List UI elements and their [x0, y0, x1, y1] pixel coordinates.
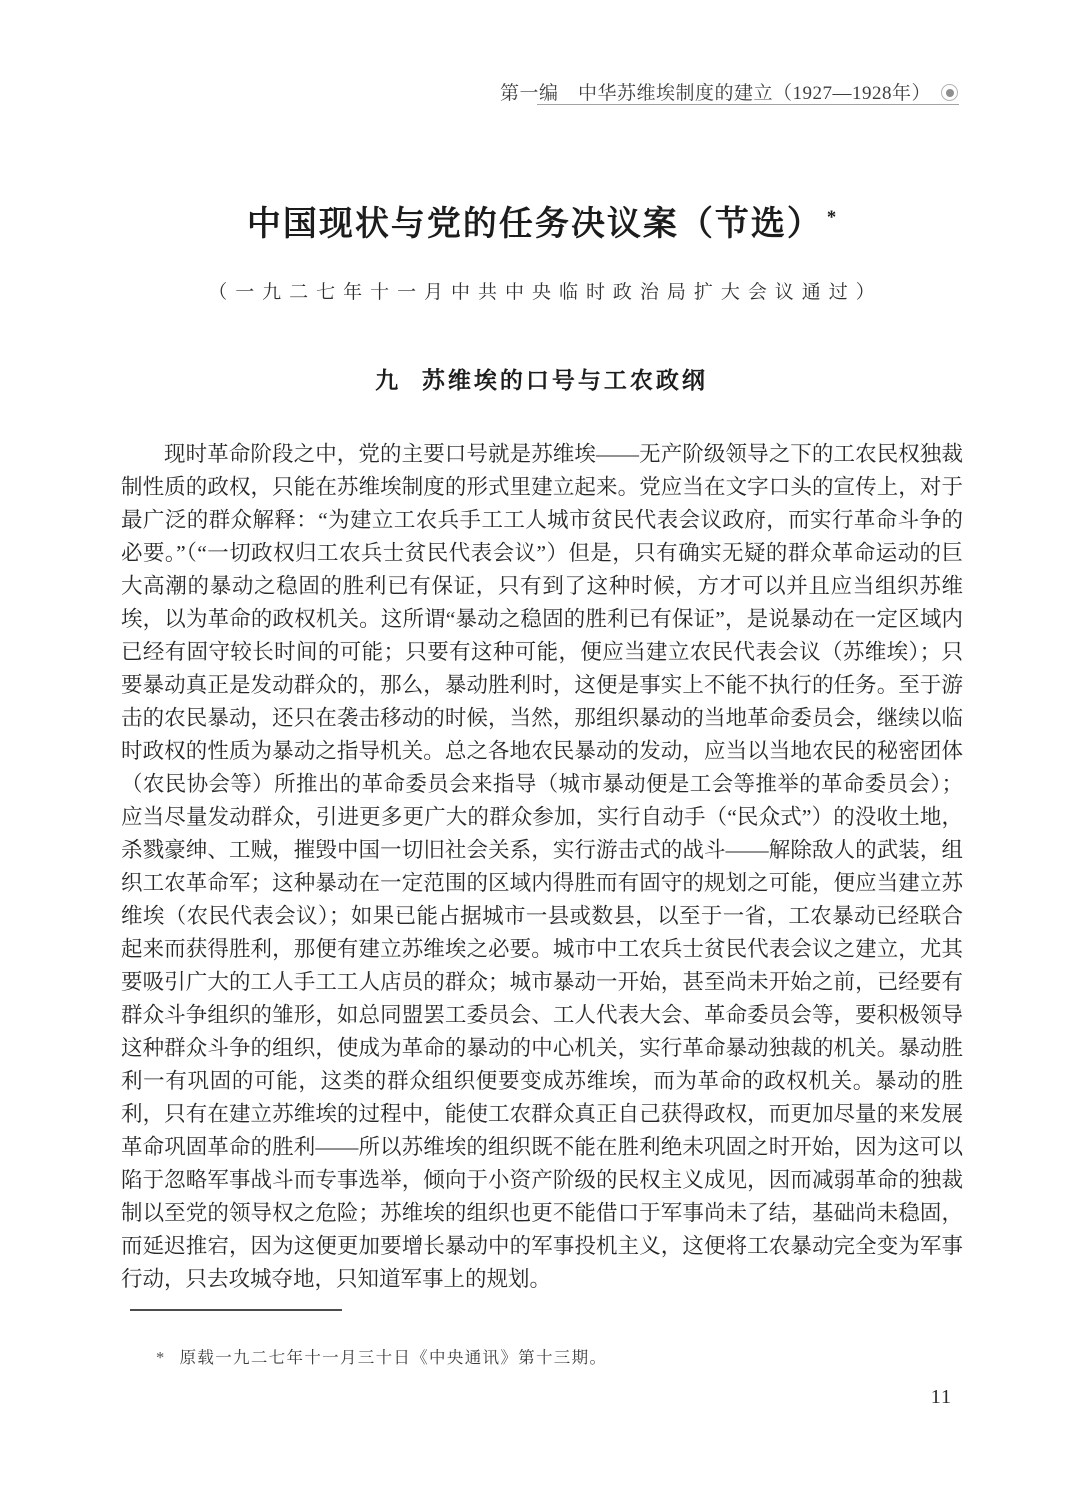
article-subtitle: （一九二七年十一月中共中央临时政治局扩大会议通过）	[0, 277, 1083, 304]
target-circle-dot	[946, 89, 954, 97]
article-title: 中国现状与党的任务决议案（节选）*	[0, 196, 1083, 245]
footnote-text: 原载一九二七年十一月三十日《中央通讯》第十三期。	[180, 1348, 608, 1367]
article-title-text: 中国现状与党的任务决议案（节选）	[247, 206, 823, 243]
running-head: 第一编 中华苏维埃制度的建立（1927—1928年）	[500, 78, 931, 105]
title-footnote-marker: *	[827, 207, 836, 228]
footnote: *原载一九二七年十一月三十日《中央通讯》第十三期。	[156, 1344, 956, 1368]
section-heading: 九苏维埃的口号与工农政纲	[0, 362, 1083, 395]
section-number: 九	[375, 367, 401, 393]
target-circle-icon	[941, 84, 958, 101]
page-number: 11	[931, 1386, 952, 1409]
footnote-marker: *	[156, 1348, 166, 1368]
running-head-rule	[537, 104, 959, 105]
section-title: 苏维埃的口号与工农政纲	[422, 367, 708, 393]
article-body: 现时革命阶段之中，党的主要口号就是苏维埃——无产阶级领导之下的工农民权独裁制性质…	[121, 438, 963, 1312]
book-page: 第一编 中华苏维埃制度的建立（1927—1928年） 中国现状与党的任务决议案（…	[0, 0, 1083, 1508]
footnote-rule	[130, 1309, 342, 1311]
